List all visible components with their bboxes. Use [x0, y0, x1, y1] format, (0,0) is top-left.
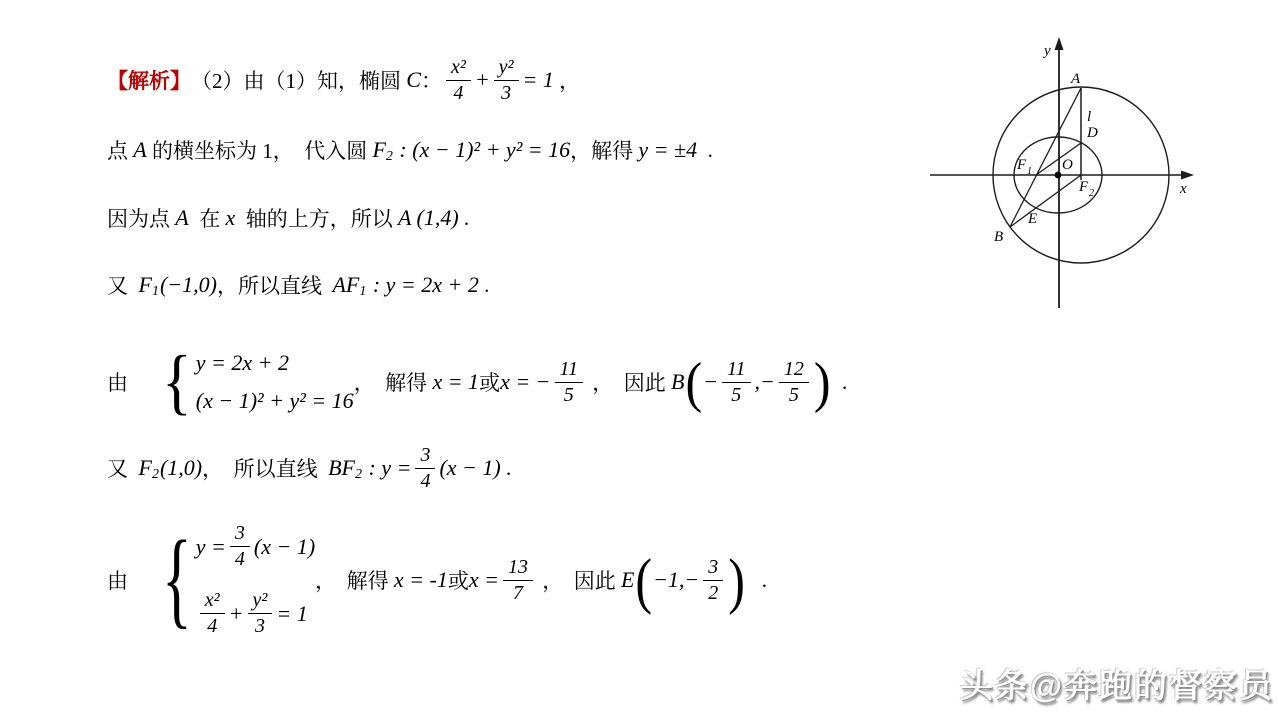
text-run: 轴的上方，所以 [235, 203, 398, 233]
origin-dot [1055, 172, 1062, 179]
fraction-numerator: 11 [555, 358, 584, 383]
fraction: y² 3 [494, 56, 519, 105]
math-run: E [621, 567, 634, 593]
segment-BF2 [1010, 175, 1081, 227]
text-run: 的横坐标为 1， 代入圆 [147, 135, 373, 165]
math-run: = 1 [276, 601, 307, 627]
math-run: (−1,0) [160, 272, 217, 298]
text-run: 因为点 [107, 203, 175, 233]
fraction-denominator: 3 [501, 81, 511, 105]
y-axis-label: y [1042, 43, 1051, 59]
solution-line-7: 由 { y = 3 4 (x − 1) x² 4 + y² 3 = 1 ， 解得… [107, 512, 767, 648]
fraction-denominator: 5 [731, 383, 741, 407]
fraction: 12 5 [779, 358, 809, 407]
fraction-numerator: x² [446, 56, 471, 81]
math-run: x = -1 [394, 567, 448, 593]
text-run: （2）由（1）知，椭圆 [191, 65, 406, 95]
math-run: A (1,4) [398, 205, 459, 231]
fraction: 11 5 [722, 358, 751, 407]
fraction-numerator: 3 [703, 556, 723, 581]
solution-line-4: 又 F 1 (−1,0) ，所以直线 AF 1 : y = 2x + 2 . [107, 265, 489, 305]
math-run: ,− [755, 369, 775, 395]
system-brace: { [162, 518, 192, 642]
subscript: 1 [359, 284, 366, 300]
fraction-numerator: 3 [415, 444, 435, 469]
colon: ： [421, 65, 442, 95]
fraction-denominator: 4 [235, 547, 245, 571]
text-run: ， 所以直线 [202, 453, 328, 483]
y-axis-arrow [1055, 37, 1064, 50]
fraction-numerator: 12 [779, 358, 809, 383]
fraction-denominator: 2 [708, 581, 718, 605]
solution-line-3: 因为点 A 在 x 轴的上方，所以 A (1,4) . [107, 198, 469, 238]
left-paren: ( [686, 350, 703, 415]
left-paren: ( [635, 544, 652, 617]
text-run: ，解得 [570, 135, 638, 165]
point-B-label: B [994, 229, 1003, 245]
equation-system: y = 3 4 (x − 1) x² 4 + y² 3 = 1 [196, 522, 315, 638]
watermark: 头条@奔跑的督察员 [960, 660, 1274, 707]
fraction-denominator: 3 [255, 614, 265, 638]
line-l-label: l [1087, 109, 1091, 125]
analysis-label: 【解析】 [107, 65, 191, 95]
fraction-denominator: 5 [564, 383, 574, 407]
fraction: 3 4 [230, 522, 250, 571]
fraction: x² 4 [446, 56, 471, 105]
math-run: B [671, 369, 684, 395]
text-run: 由 [107, 565, 128, 595]
text-run: 又 [107, 453, 139, 483]
math-run: + [475, 67, 490, 93]
text-run: 或 [448, 565, 469, 595]
point-F2-label: F [1078, 179, 1089, 195]
point-A-label: A [1070, 71, 1081, 87]
x-axis-arrow [1181, 171, 1194, 180]
equation-row: y = 3 4 (x − 1) [196, 522, 315, 571]
fraction-numerator: 3 [230, 522, 250, 547]
text-run: ， 因此 [587, 367, 671, 397]
fraction-numerator: y² [494, 56, 519, 81]
text-run: 由 [107, 367, 128, 397]
math-run: −1,− [653, 567, 699, 593]
text-run: . [479, 273, 490, 298]
math-run: (1,0) [160, 455, 202, 481]
text-run: ， 因此 [537, 565, 621, 595]
math-run: x = [469, 567, 499, 593]
text-run: 在 [189, 203, 226, 233]
solution-line-1: 【解析】 （2）由（1）知，椭圆 C ： x² 4 + y² 3 = 1 ， [107, 48, 580, 112]
math-run: A [133, 137, 146, 163]
math-run: F [372, 137, 385, 163]
fraction: 3 2 [703, 556, 723, 605]
solution-line-5: 由 { y = 2x + 2 (x − 1)² + y² = 16 ， 解得 x… [107, 338, 847, 426]
text-run: ， 解得 [354, 367, 433, 397]
system-brace: { [162, 340, 192, 424]
text-run: 点 [107, 135, 133, 165]
point-F1-label: F [1016, 157, 1027, 173]
math-run: F [139, 272, 152, 298]
x-axis-label: x [1179, 181, 1187, 197]
math-run: C [406, 67, 421, 93]
math-run: x = 1 [432, 369, 479, 395]
coordinate-diagram: y x A l D F 1 O F 2 E B [918, 18, 1278, 318]
text-run: . [501, 456, 512, 481]
math-run: A [175, 205, 188, 231]
math-run: AF [332, 272, 359, 298]
equation-row: y = 2x + 2 [196, 350, 289, 376]
math-run: F [139, 455, 152, 481]
point-F2-subscript: 2 [1089, 188, 1094, 199]
point-E-label: E [1027, 211, 1037, 227]
right-paren: ) [728, 544, 745, 617]
text-run: ， [554, 65, 580, 95]
math-run: (x − 1) [254, 534, 315, 560]
fraction-denominator: 4 [207, 614, 217, 638]
equation-system: y = 2x + 2 (x − 1)² + y² = 16 [196, 350, 354, 414]
fraction-denominator: 7 [513, 581, 523, 605]
math-run: − [703, 369, 718, 395]
math-run: (x − 1) [439, 455, 500, 481]
math-run: BF [328, 455, 355, 481]
fraction-numerator: x² [200, 589, 225, 614]
point-D-label: D [1086, 125, 1098, 141]
fraction: 11 5 [555, 358, 584, 407]
fraction-numerator: 11 [722, 358, 751, 383]
text-run: . [746, 568, 767, 593]
fraction: 13 7 [503, 556, 533, 605]
right-paren: ) [814, 350, 831, 415]
subscript: 2 [355, 467, 362, 483]
fraction: y² 3 [248, 589, 273, 638]
math-run: y = ±4 [638, 137, 697, 163]
math-run: + [229, 601, 244, 627]
math-run: x = − [500, 369, 550, 395]
fraction-denominator: 4 [453, 81, 463, 105]
text-run: ，所以直线 [217, 270, 333, 300]
fraction-numerator: 13 [503, 556, 533, 581]
math-run: : y = 2x + 2 [367, 272, 479, 298]
fraction-denominator: 4 [420, 469, 430, 493]
text-run: 或 [479, 367, 500, 397]
equation-row: (x − 1)² + y² = 16 [196, 388, 354, 414]
fraction-denominator: 5 [789, 383, 799, 407]
solution-line-6: 又 F 2 (1,0) ， 所以直线 BF 2 : y = 3 4 (x − 1… [107, 438, 511, 498]
text-run: 又 [107, 270, 139, 300]
solution-line-2: 点 A 的横坐标为 1， 代入圆 F 2 : (x − 1)² + y² = 1… [107, 130, 713, 170]
equation-row: x² 4 + y² 3 = 1 [196, 589, 308, 638]
text-run: . [832, 370, 848, 395]
text-run: ， 解得 [315, 565, 394, 595]
origin-label: O [1062, 157, 1073, 173]
math-run: x [225, 205, 235, 231]
math-run: : (x − 1)² + y² = 16 [394, 137, 570, 163]
math-run: = 1 [523, 67, 554, 93]
text-run: . [459, 206, 470, 231]
subscript: 2 [386, 149, 393, 165]
fraction: x² 4 [200, 589, 225, 638]
subscript: 2 [152, 467, 159, 483]
math-run: y = [196, 534, 226, 560]
math-run: : y = [363, 455, 411, 481]
subscript: 1 [152, 284, 159, 300]
text-run: . [697, 138, 713, 163]
fraction-numerator: y² [248, 589, 273, 614]
point-F1-subscript: 1 [1027, 166, 1032, 177]
fraction: 3 4 [415, 444, 435, 493]
